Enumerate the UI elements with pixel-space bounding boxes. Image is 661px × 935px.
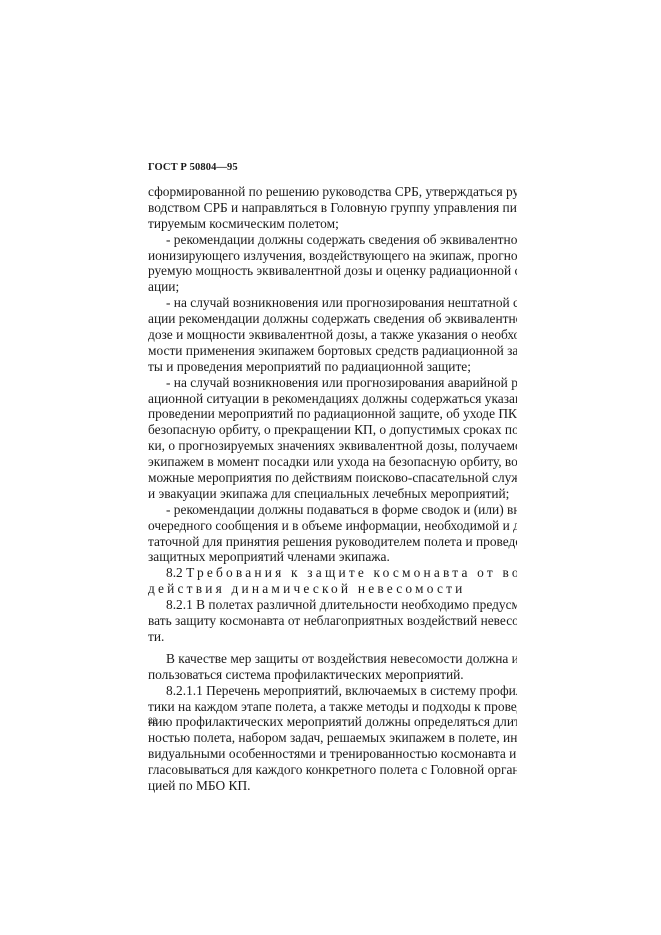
section-heading-line-2: действия динамической невесомости xyxy=(148,581,517,597)
text-line: пользоваться система профилактических ме… xyxy=(148,667,517,683)
paragraphs-8-2-1-1: В качестве мер защиты от воздействия нев… xyxy=(148,651,517,794)
text-line: ации рекомендации должны содержать сведе… xyxy=(148,311,517,327)
text-line: сформированной по решению руководства СР… xyxy=(148,184,517,200)
section-title-part-1: Требования к защите космонавта от воз- xyxy=(186,565,517,580)
text-line: В качестве мер защиты от воздействия нев… xyxy=(148,651,517,667)
text-line: мости применения экипажем бортовых средс… xyxy=(148,343,517,359)
text-line: ностью полета, набором задач, решаемых э… xyxy=(148,730,517,746)
text-line: 8.2.1 В полетах различной длительности н… xyxy=(148,597,517,613)
text-line: проведении мероприятий по радиационной з… xyxy=(148,406,517,422)
text-line: экипажем в момент посадки или ухода на б… xyxy=(148,454,517,470)
text-line: таточной для принятия решения руководите… xyxy=(148,534,517,550)
text-line: вать защиту космонавта от неблагоприятны… xyxy=(148,613,517,629)
text-line: 8.2.1.1 Перечень мероприятий, включаемых… xyxy=(148,683,517,699)
text-line: - рекомендации должны содержать сведения… xyxy=(148,232,517,248)
text-line: руемую мощность эквивалентной дозы и оце… xyxy=(148,263,517,279)
text-line: ти. xyxy=(148,629,517,645)
text-line: гласовываться для каждого конкретного по… xyxy=(148,762,517,778)
text-line: водством СРБ и направляться в Головную г… xyxy=(148,200,517,216)
text-line: тики на каждом этапе полета, а также мет… xyxy=(148,699,517,715)
section-heading-8-2: 8.2 Требования к защите космонавта от во… xyxy=(148,565,517,597)
section-heading-line-1: 8.2 Требования к защите космонавта от во… xyxy=(148,565,517,581)
text-line: очередного сообщения и в объеме информац… xyxy=(148,518,517,534)
text-line: цией по МБО КП. xyxy=(148,778,517,794)
text-line: безопасную орбиту, о прекращении КП, о д… xyxy=(148,422,517,438)
text-line: ационной ситуации в рекомендациях должны… xyxy=(148,391,517,407)
text-line: видуальными особенностями и тренированно… xyxy=(148,746,517,762)
text-line: дозе и мощности эквивалентной дозы, а та… xyxy=(148,327,517,343)
paragraph-8-2-1: 8.2.1 В полетах различной длительности н… xyxy=(148,597,517,645)
section-number: 8.2 xyxy=(166,565,183,580)
text-line: защитных мероприятий членами экипажа. xyxy=(148,549,517,565)
paragraphs-radiation-recommendations: сформированной по решению руководства СР… xyxy=(148,184,517,565)
text-line: можные мероприятия по действиям поисково… xyxy=(148,470,517,486)
document-body: сформированной по решению руководства СР… xyxy=(148,184,517,794)
text-line: - рекомендации должны подаваться в форме… xyxy=(148,502,517,518)
text-line: - на случай возникновения или прогнозиро… xyxy=(148,295,517,311)
text-line: нию профилактических мероприятий должны … xyxy=(148,714,517,730)
text-line: и эвакуации экипажа для специальных лече… xyxy=(148,486,517,502)
document-header: ГОСТ Р 50804—95 xyxy=(148,162,238,173)
page-number: 82 xyxy=(148,716,157,726)
text-line: тируемым космическим полетом; xyxy=(148,216,517,232)
text-line: ты и проведения мероприятий по радиацион… xyxy=(148,359,517,375)
text-line: ации; xyxy=(148,279,517,295)
text-line: ионизирующего излучения, воздействующего… xyxy=(148,248,517,264)
text-line: ки, о прогнозируемых значениях эквивален… xyxy=(148,438,517,454)
text-line: - на случай возникновения или прогнозиро… xyxy=(148,375,517,391)
